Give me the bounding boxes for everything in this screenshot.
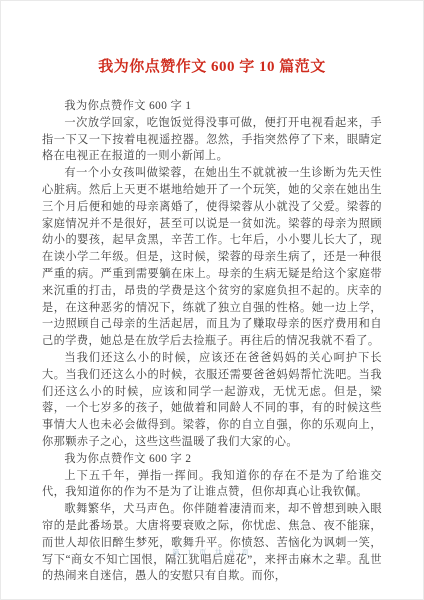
page-footer: 第 1 页 共 9 页 <box>1 547 423 558</box>
page-title: 我为你点赞作文 600 字 10 篇范文 <box>21 57 403 77</box>
document-body: 我为你点赞作文 600 字 1一次放学回家，吃饱饭觉得没事可做，便打开电视看起来… <box>42 98 382 585</box>
paragraph: 当我们还这么小的时候，应该还在爸爸妈妈的关心呵护下长大。当我们还这么小的时候，衣… <box>42 350 382 451</box>
paragraph: 歌舞繁华，犬马声色。你伴随着凄清而来，却不曾想到映入眼帘的是此番场景。大唐将要衰… <box>42 501 382 585</box>
paragraph: 我为你点赞作文 600 字 1 <box>42 98 382 115</box>
document-page: 我为你点赞作文 600 字 10 篇范文 我为你点赞作文 600 字 1一次放学… <box>0 0 424 600</box>
paragraph: 一次放学回家，吃饱饭觉得没事可做，便打开电视看起来，手指一下又一下按着电视遥控器… <box>42 115 382 165</box>
paragraph: 有一个小女孩叫做梁蓉，在她出生不就就被一生诊断为先天性心脏病。然后上天更不堪地给… <box>42 165 382 350</box>
paragraph: 我为你点赞作文 600 字 2 <box>42 451 382 468</box>
paragraph: 上下五千年，弹指一挥间。我知道你的存在不是为了给谁交代，我知道你的作为不是为了让… <box>42 468 382 502</box>
